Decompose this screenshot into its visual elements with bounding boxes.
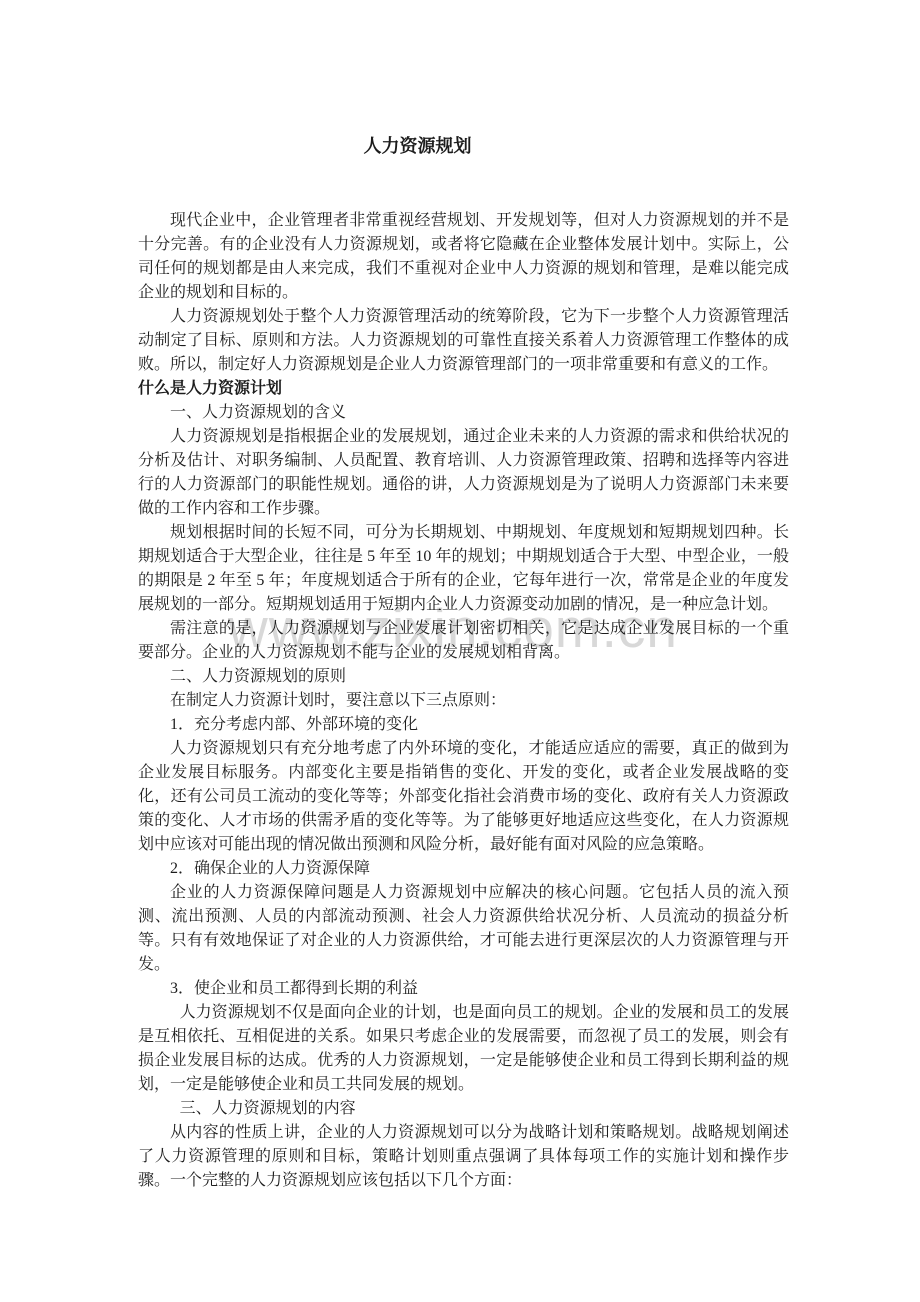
subheading-principles: 二、人力资源规划的原则: [138, 665, 789, 689]
subheading-meaning: 一、人力资源规划的含义: [138, 401, 789, 425]
section-heading-what-is-hr-plan: 什么是人力资源计划: [138, 377, 789, 401]
paragraph-principle-2: 企业的人力资源保障问题是人力资源规划中应解决的核心问题。它包括人员的流入预测、流…: [138, 881, 789, 977]
paragraph-principle-3: 人力资源规划不仅是面向企业的计划，也是面向员工的规划。企业的发展和员工的发展是互…: [138, 1001, 789, 1097]
document-page: www.zixin.com.cn 人力资源规划 现代企业中，企业管理者非常重视经…: [0, 0, 920, 1302]
paragraph-principles-lead: 在制定人力资源计划时，要注意以下三点原则：: [138, 689, 789, 713]
paragraph-planning-stage: 人力资源规划处于整个人力资源管理活动的统筹阶段，它为下一步整个人力资源管理活动制…: [138, 305, 789, 377]
paragraph-note: 需注意的是，人力资源规划与企业发展计划密切相关，它是达成企业发展目标的一个重要部…: [138, 617, 789, 665]
list-item-principle-3: 3．使企业和员工都得到长期的利益: [138, 977, 789, 1001]
list-item-principle-1: 1．充分考虑内部、外部环境的变化: [138, 713, 789, 737]
subheading-contents: 三、人力资源规划的内容: [138, 1097, 789, 1121]
list-item-principle-2: 2．确保企业的人力资源保障: [138, 857, 789, 881]
paragraph-definition: 人力资源规划是指根据企业的发展规划，通过企业未来的人力资源的需求和供给状况的分析…: [138, 425, 789, 521]
document-title: 人力资源规划: [92, 133, 743, 159]
document-content: 人力资源规划 现代企业中，企业管理者非常重视经营规划、开发规划等，但对人力资源规…: [138, 0, 789, 1193]
paragraph-intro: 现代企业中，企业管理者非常重视经营规划、开发规划等，但对人力资源规划的并不是十分…: [138, 209, 789, 305]
paragraph-contents: 从内容的性质上讲，企业的人力资源规划可以分为战略计划和策略规划。战略规划阐述了人…: [138, 1121, 789, 1193]
paragraph-principle-1: 人力资源规划只有充分地考虑了内外环境的变化，才能适应适应的需要，真正的做到为企业…: [138, 737, 789, 857]
paragraph-time-spans: 规划根据时间的长短不同，可分为长期规划、中期规划、年度规划和短期规划四种。长期规…: [138, 521, 789, 617]
